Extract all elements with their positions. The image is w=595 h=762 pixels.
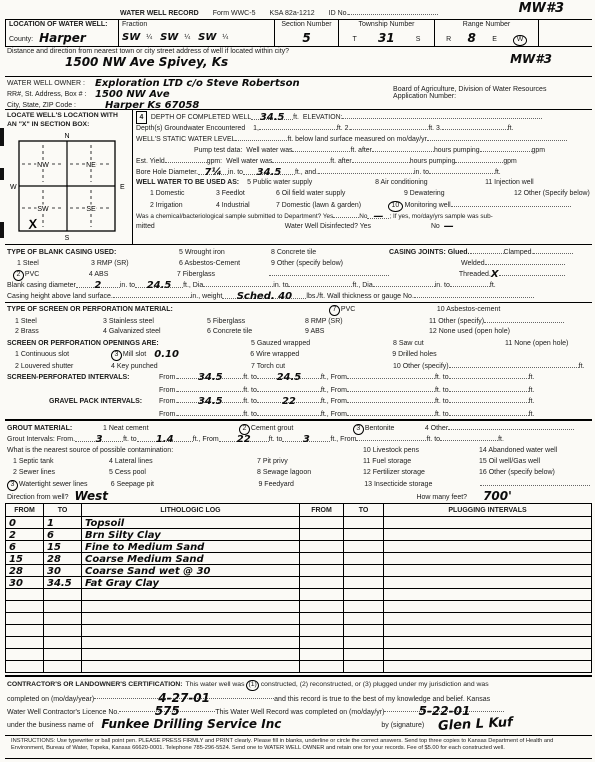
litho-col-log: LITHOLOGIC LOG bbox=[82, 504, 300, 517]
openings-option-11: 11 None (open hole) bbox=[505, 338, 568, 349]
contam-option-11: 11 Fuel storage bbox=[363, 456, 479, 467]
litho-to: 6 bbox=[47, 530, 54, 541]
township-t: T bbox=[353, 33, 357, 46]
sp-to-slot: 24.5 bbox=[257, 371, 321, 379]
form-number: Form WWC-5 bbox=[213, 10, 256, 17]
county-value: Harper bbox=[39, 32, 86, 44]
litho-desc: Brn Silty Clay bbox=[85, 530, 161, 541]
screen-material-section: TYPE OF SCREEN OR PERFORATION MATERIAL: … bbox=[5, 302, 592, 338]
openings-option-6: 6 Wire wrapped bbox=[250, 349, 392, 360]
litho-to: 28 bbox=[47, 554, 61, 565]
contam-option-9: 9 Feedyard bbox=[258, 479, 364, 490]
dots bbox=[272, 155, 330, 163]
use-option-11: 11 Injection well bbox=[485, 177, 534, 188]
gp-from-value: 34.5 bbox=[198, 396, 223, 407]
township-value: 31 bbox=[378, 32, 395, 44]
dots bbox=[165, 155, 207, 163]
use-option-6: 6 Oil field water supply bbox=[276, 188, 404, 199]
screen-perforated-line2: From. ft. to ft., From ft. to ft. bbox=[7, 384, 590, 395]
dots bbox=[356, 433, 426, 441]
grout-from-2: 22 bbox=[237, 434, 251, 445]
owner-city-label: City, State, ZIP Code : bbox=[7, 102, 95, 109]
contam-option-15: 15 Oil well/Gas well bbox=[479, 456, 540, 467]
direction-line: Direction from well? West How many feet?… bbox=[7, 489, 590, 502]
dots bbox=[113, 290, 191, 298]
dots bbox=[347, 371, 435, 379]
litho-from: 6 bbox=[9, 542, 16, 553]
litho-row: 28 30 Coarse Sand wet @ 30 bbox=[6, 565, 592, 577]
grout-v4-slot: 3 bbox=[282, 434, 330, 442]
quadrant-ne: NE bbox=[86, 162, 96, 169]
contam-option-12: 12 Fertilizer storage bbox=[363, 467, 479, 478]
openings-heading: SCREEN OR PERFORATION OPENINGS ARE: bbox=[7, 338, 251, 349]
application-number-label: Application Number: bbox=[393, 93, 592, 100]
dots bbox=[177, 408, 243, 416]
pump-test-line: Pump test data: Well water was ft. after… bbox=[136, 144, 592, 155]
openings-section: SCREEN OR PERFORATION OPENINGS ARE: 5 Ga… bbox=[5, 338, 592, 371]
litho-from: 30 bbox=[9, 578, 23, 589]
quadrant-se: SE bbox=[86, 206, 96, 213]
mill-slot-size: 0.10 bbox=[154, 350, 250, 360]
fraction-cell: Fraction SW¼ SW¼ SW¼ bbox=[119, 20, 275, 46]
contam-option-6: 6 Seepage pit bbox=[111, 479, 259, 490]
sp-to-value: 24.5 bbox=[277, 372, 302, 383]
litho-row: 30 34.5 Fat Gray Clay bbox=[6, 577, 592, 589]
dots bbox=[455, 155, 503, 163]
litho-desc: Coarse Sand wet @ 30 bbox=[85, 566, 211, 577]
grout-from-1: 3 bbox=[96, 434, 103, 445]
owner-name: Exploration LTD c/o Steve Robertson bbox=[95, 79, 300, 89]
casing-option-5: 5 Wrought iron bbox=[179, 247, 271, 258]
owner-address: 1500 NW Ave bbox=[95, 90, 170, 100]
dots bbox=[347, 408, 435, 416]
feet-label: How many feet? bbox=[416, 491, 467, 504]
dots bbox=[342, 111, 542, 119]
form-title: WATER WELL RECORD bbox=[120, 10, 199, 17]
use-option-1: 1 Domestic bbox=[150, 188, 216, 199]
dots bbox=[449, 395, 529, 403]
casing-joints-label: CASING JOINTS: Glued. bbox=[389, 247, 470, 258]
sample-line: Was a chemical/bacteriological sample su… bbox=[136, 210, 592, 221]
dots bbox=[350, 122, 428, 130]
sp-from-slot: 34.5 bbox=[177, 371, 243, 379]
bore-diameter-value: 7¼ bbox=[204, 167, 221, 178]
casing-option-1: 1 Steel bbox=[17, 258, 91, 269]
contam-option-13: 13 Insecticide storage bbox=[364, 479, 480, 490]
signature: Glen L Kuf bbox=[438, 716, 513, 733]
empty-row bbox=[6, 649, 592, 661]
litho-from: 28 bbox=[9, 566, 23, 577]
screen-option-4: 4 Galvanized steel bbox=[103, 326, 207, 337]
dots bbox=[347, 395, 435, 403]
weight-slot: Sched. 40 bbox=[222, 291, 306, 299]
dots bbox=[177, 384, 243, 392]
use-options-line2: 2 Irrigation 4 Industrial 7 Domestic (la… bbox=[136, 199, 592, 210]
compass-w: W bbox=[10, 184, 17, 191]
distance-value: 1500 NW Ave Spivey, Ks bbox=[65, 55, 228, 69]
constructed-circled: (1) bbox=[246, 680, 258, 691]
form-header: WATER WELL RECORD Form WWC-5 KSA 82a-121… bbox=[5, 2, 592, 19]
use-option-12: 12 Other (Specify below) bbox=[514, 188, 590, 199]
casing-option-6: 6 Asbestos-Cement bbox=[179, 258, 271, 269]
sample-no-mark: — bbox=[373, 211, 383, 222]
casing-diam-slot: 2 bbox=[76, 280, 120, 288]
board-of-agriculture-label: Board of Agriculture, Division of Water … bbox=[393, 86, 592, 93]
casing-option-3: 3 RMP (SR) bbox=[91, 258, 179, 269]
locate-column: LOCATE WELL'S LOCATION WITH AN "X" IN SE… bbox=[5, 110, 133, 244]
dots bbox=[450, 279, 490, 287]
dots bbox=[347, 384, 435, 392]
casing-depth-slot: 24.5 bbox=[135, 280, 183, 288]
dots bbox=[484, 315, 564, 323]
well-id-handwritten: MW#3 bbox=[519, 2, 564, 15]
completed-date-slot: 4-27-01 bbox=[94, 691, 274, 699]
county-label: County: bbox=[9, 33, 33, 46]
distance-label: Distance and direction from nearest town… bbox=[7, 48, 590, 55]
well-x-mark: X bbox=[26, 216, 39, 232]
empty-row bbox=[6, 637, 592, 649]
contamination-section: What is the nearest source of possible c… bbox=[5, 445, 592, 502]
dots bbox=[318, 166, 414, 174]
id-no-label: ID No. bbox=[329, 10, 349, 17]
location-heading: LOCATION OF WATER WELL: bbox=[9, 21, 115, 31]
use-option-5: 5 Public water supply bbox=[247, 177, 375, 188]
litho-desc: Fat Gray Clay bbox=[85, 578, 159, 589]
owner-city: Harper Ks 67058 bbox=[105, 101, 199, 111]
plug-col-from: FROM bbox=[300, 504, 344, 517]
fraction-3: SW bbox=[198, 33, 216, 43]
dots bbox=[235, 133, 287, 141]
range-r: R bbox=[446, 33, 451, 46]
quarter-1: ¼ bbox=[146, 31, 152, 44]
direction-value: West bbox=[74, 490, 204, 502]
casing-option-2-label: PVC bbox=[25, 269, 89, 280]
est-yield-line: Est. Yield gpm: Well water was ft. after… bbox=[136, 155, 592, 166]
use-option-3: 3 Feedlot bbox=[216, 188, 276, 199]
township-label: Township Number bbox=[342, 21, 431, 31]
dots bbox=[259, 122, 337, 130]
litho-desc: Fine to Medium Sand bbox=[85, 542, 204, 553]
dots bbox=[257, 408, 321, 416]
township-s: S bbox=[416, 33, 421, 46]
empty-row bbox=[6, 661, 592, 673]
litho-from: 2 bbox=[9, 530, 16, 541]
dots bbox=[470, 246, 504, 254]
owner-label: WATER WELL OWNER : bbox=[7, 80, 95, 87]
ksa-statute: KSA 82a-1212 bbox=[269, 10, 314, 17]
gp-to-value: 22 bbox=[282, 396, 296, 407]
contam-option-2: 2 Sewer lines bbox=[13, 467, 109, 478]
record-date: 5-22-01 bbox=[419, 704, 471, 718]
completed-date: 4-27-01 bbox=[158, 691, 210, 705]
certification-section: CONTRACTOR'S OR LANDOWNER'S CERTIFICATIO… bbox=[5, 675, 592, 733]
use-option-10-label: Monitoring well bbox=[405, 200, 451, 211]
disinfected-question: Water Well Disinfected? Yes bbox=[285, 221, 371, 232]
gravel-pack-line2: From. ft. to ft., From ft. to ft. bbox=[7, 408, 590, 419]
gravel-pack-label: GRAVEL PACK INTERVALS: bbox=[49, 395, 159, 408]
locate-line1: LOCATE WELL'S LOCATION WITH bbox=[7, 111, 130, 120]
litho-desc: Coarse Medium Sand bbox=[85, 554, 204, 565]
litho-row: 0 1 Topsoil bbox=[6, 517, 592, 529]
range-w-circled: W bbox=[513, 35, 527, 46]
contam-option-16: 16 Other (specify below) bbox=[479, 467, 555, 478]
instructions-fine-print: INSTRUCTIONS: Use typewriter or ball poi… bbox=[5, 735, 592, 759]
certification-heading: CONTRACTOR'S OR LANDOWNER'S CERTIFICATIO… bbox=[7, 678, 183, 691]
empty-row bbox=[6, 613, 592, 625]
dots bbox=[442, 122, 508, 130]
sp-from-value: 34.5 bbox=[198, 372, 223, 383]
grout-option-2-label: Cement grout bbox=[251, 423, 333, 434]
depth-label: DEPTH OF COMPLETED WELL bbox=[151, 112, 251, 123]
lithologic-log-table: FROM TO LITHOLOGIC LOG FROM TO PLUGGING … bbox=[5, 503, 592, 673]
grout-intervals-line: Grout Intervals: From. 3 ft. to 1.4 ft.,… bbox=[7, 433, 590, 444]
groundwater-line: Depth(s) Groundwater Encountered 1, ft. … bbox=[136, 122, 592, 133]
casing-diameter-line: Blank casing diameter 2 in. to 24.5 ft.,… bbox=[7, 279, 590, 290]
gravel-pack-line1: GRAVEL PACK INTERVALS: From.34.5 ft. to2… bbox=[7, 395, 590, 408]
screen-option-10: 10 Asbestos-cement bbox=[437, 304, 500, 315]
quadrant-nw: NW bbox=[37, 162, 49, 169]
dots bbox=[499, 268, 565, 276]
gp-from-slot: 34.5 bbox=[177, 395, 243, 403]
fraction-1: SW bbox=[122, 33, 140, 43]
litho-header-row: FROM TO LITHOLOGIC LOG FROM TO PLUGGING … bbox=[6, 504, 592, 517]
dots bbox=[269, 268, 389, 276]
litho-row: 2 6 Brn Silty Clay bbox=[6, 529, 592, 541]
dots bbox=[348, 7, 438, 15]
dots bbox=[292, 144, 350, 152]
license-number: 575 bbox=[155, 704, 180, 718]
dots bbox=[372, 144, 434, 152]
casing-option-8: 8 Concrete tile bbox=[271, 247, 389, 258]
use-option-9: 9 Dewatering bbox=[404, 188, 514, 199]
dots bbox=[449, 360, 579, 368]
well-id-handwritten-2: MW#3 bbox=[510, 53, 552, 65]
disinfected-no-mark: — bbox=[444, 222, 454, 232]
contam-option-14: 14 Abandoned water well bbox=[479, 445, 557, 456]
gp-to-slot: 22 bbox=[257, 395, 321, 403]
section-box-diagram: N S W E NW NE SW SE X bbox=[7, 129, 127, 241]
screen-heading: TYPE OF SCREEN OR PERFORATION MATERIAL: bbox=[7, 304, 269, 315]
dots bbox=[480, 144, 532, 152]
quarter-2: ¼ bbox=[184, 31, 190, 44]
dots bbox=[333, 210, 359, 218]
township-cell: Township Number T31S bbox=[339, 20, 435, 46]
screen-perforated-line1: SCREEN-PERFORATED INTERVALS: From.34.5 f… bbox=[7, 371, 590, 384]
water-well-record-form: WATER WELL RECORD Form WWC-5 KSA 82a-121… bbox=[0, 0, 595, 762]
well-details-column: 4 DEPTH OF COMPLETED WELL 34.5 ft. ELEVA… bbox=[133, 110, 592, 244]
contam-option-10: 10 Livestock pens bbox=[363, 445, 479, 456]
intervals-section: SCREEN-PERFORATED INTERVALS: From.34.5 f… bbox=[5, 371, 592, 419]
quarter-3: ¼ bbox=[222, 31, 228, 44]
casing-depth-value: 24.5 bbox=[147, 280, 172, 291]
openings-option-3-label: Mill slot bbox=[123, 349, 146, 360]
fraction-label: Fraction bbox=[122, 21, 271, 31]
threaded-x-mark: X bbox=[491, 270, 499, 280]
direction-label: Direction from well? bbox=[7, 491, 68, 504]
grout-heading: GROUT MATERIAL: bbox=[7, 423, 103, 434]
use-heading: WELL WATER TO BE USED AS: bbox=[136, 177, 239, 188]
openings-option-8: 8 Saw cut bbox=[393, 338, 505, 349]
dots bbox=[451, 199, 571, 207]
bore-depth-slot: 34.5 bbox=[243, 167, 295, 175]
use-options-line1: 1 Domestic 3 Feedlot 6 Oil field water s… bbox=[136, 188, 592, 199]
license-slot: 575 bbox=[119, 704, 215, 712]
grout-option-1: 1 Neat cement bbox=[103, 423, 199, 434]
fraction-2: SW bbox=[160, 33, 178, 43]
casing-height-line: Casing height above land surface. in., w… bbox=[7, 290, 590, 301]
scan-artifact bbox=[0, 222, 4, 238]
screen-option-6: 6 Concrete tile bbox=[207, 326, 305, 337]
litho-row: 6 15 Fine to Medium Sand bbox=[6, 541, 592, 553]
openings-option-5: 5 Gauzed wrapped bbox=[251, 338, 393, 349]
openings-option-3-circled: 3 bbox=[111, 350, 122, 361]
openings-option-9: 9 Drilled holes bbox=[392, 349, 436, 360]
use-heading-line: WELL WATER TO BE USED AS: 5 Public water… bbox=[136, 177, 592, 188]
depth-value: 34.5 bbox=[260, 112, 285, 123]
dots bbox=[533, 246, 573, 254]
litho-col-to: TO bbox=[44, 504, 82, 517]
litho-to: 15 bbox=[47, 542, 61, 553]
screen-option-2: 2 Brass bbox=[15, 326, 103, 337]
bore-diam-slot: 7¼ bbox=[198, 167, 228, 175]
empty-row bbox=[6, 625, 592, 637]
contam-option-7: 7 Pit privy bbox=[257, 456, 363, 467]
casing-option-4: 4 ABS bbox=[89, 269, 177, 280]
screen-option-7-circled: 7 bbox=[329, 305, 340, 316]
location-cell: LOCATION OF WATER WELL: County:Harper bbox=[6, 20, 119, 46]
owner-address-label: RR#, St. Address, Box # : bbox=[7, 91, 95, 98]
section-value: 5 bbox=[302, 32, 310, 44]
compass-n: N bbox=[64, 133, 69, 140]
range-cell: Range Number R8EW bbox=[435, 20, 539, 46]
openings-option-1: 1 Continuous slot bbox=[15, 349, 111, 360]
plug-col-to: TO bbox=[344, 504, 384, 517]
range-e: E bbox=[492, 33, 497, 46]
plug-col-intervals: PLUGGING INTERVALS bbox=[384, 504, 592, 517]
contam-option-1: 1 Septic tank bbox=[13, 456, 109, 467]
contam-option-4: 4 Lateral lines bbox=[109, 456, 257, 467]
casing-diameter-value: 2 bbox=[94, 280, 101, 291]
screen-option-12: 12 None used (open hole) bbox=[429, 326, 510, 337]
bore-depth-value: 34.5 bbox=[257, 167, 282, 178]
screen-option-7-label: PVC bbox=[341, 304, 437, 315]
litho-from: 0 bbox=[9, 518, 16, 529]
dots bbox=[449, 384, 529, 392]
litho-desc: Topsoil bbox=[85, 518, 124, 529]
use-option-8: 8 Air conditioning bbox=[375, 177, 485, 188]
middle-section: LOCATE WELL'S LOCATION WITH AN "X" IN SE… bbox=[5, 110, 592, 244]
dots bbox=[257, 384, 321, 392]
use-option-7: 7 Domestic (lawn & garden) bbox=[276, 200, 388, 211]
dots bbox=[448, 422, 574, 430]
grout-v1-slot: 3 bbox=[75, 434, 123, 442]
contam-option-5: 5 Cess pool bbox=[109, 467, 257, 478]
bore-hole-line: Bore Hole Diameter. 7¼ in. to 34.5 ft., … bbox=[136, 166, 592, 177]
litho-to: 1 bbox=[47, 518, 54, 529]
screen-option-9: 9 ABS bbox=[305, 326, 429, 337]
feet-value: 700' bbox=[483, 490, 512, 502]
dots bbox=[440, 433, 498, 441]
use-option-4: 4 Industrial bbox=[216, 200, 276, 211]
disinfected-line: mitted Water Well Disinfected? Yes No — bbox=[136, 221, 592, 232]
dots bbox=[288, 279, 352, 287]
static-level-line: WELL'S STATIC WATER LEVEL ft. below land… bbox=[136, 133, 592, 144]
blank-casing-section: TYPE OF BLANK CASING USED: 5 Wrought iro… bbox=[5, 244, 592, 302]
grout-to-1: 1.4 bbox=[156, 434, 174, 445]
litho-to: 30 bbox=[47, 566, 61, 577]
casing-heading: TYPE OF BLANK CASING USED: bbox=[7, 247, 179, 258]
empty-row bbox=[6, 601, 592, 613]
dots bbox=[429, 166, 495, 174]
grout-to-2: 3 bbox=[303, 434, 310, 445]
dots bbox=[449, 408, 529, 416]
use-option-2: 2 Irrigation bbox=[150, 200, 216, 211]
dots bbox=[414, 290, 534, 298]
compass-s: S bbox=[65, 235, 70, 241]
scan-artifact bbox=[0, 128, 4, 146]
no-slot: — bbox=[367, 211, 389, 219]
contam-option-8: 8 Sewage lagoon bbox=[257, 467, 363, 478]
dots bbox=[203, 279, 273, 287]
locate-line2: AN "X" IN SECTION BOX: bbox=[7, 120, 130, 129]
record-date-slot: 5-22-01 bbox=[384, 704, 504, 712]
range-value: 8 bbox=[468, 32, 476, 44]
grout-section: GROUT MATERIAL: 1 Neat cement 2Cement gr… bbox=[5, 419, 592, 445]
contam-option-3-circled: 3 bbox=[7, 480, 18, 491]
dots bbox=[485, 257, 565, 265]
quadrant-sw: SW bbox=[37, 206, 49, 213]
grout-v3-slot: 22 bbox=[219, 434, 269, 442]
contamination-heading: What is the nearest source of possible c… bbox=[7, 445, 363, 456]
section-cell: Section Number 5 bbox=[275, 20, 339, 46]
compass-e: E bbox=[120, 184, 125, 191]
empty-row bbox=[6, 589, 592, 601]
depth-line: 4 DEPTH OF COMPLETED WELL 34.5 ft. ELEVA… bbox=[136, 111, 592, 122]
range-label: Range Number bbox=[438, 21, 535, 31]
screen-perforated-label: SCREEN-PERFORATED INTERVALS: bbox=[7, 371, 159, 384]
section-label: Section Number bbox=[278, 21, 335, 31]
litho-col-from: FROM bbox=[6, 504, 44, 517]
grout-v2-slot: 1.4 bbox=[137, 434, 193, 442]
litho-from: 15 bbox=[9, 554, 23, 565]
dots bbox=[352, 155, 410, 163]
distance-section: Distance and direction from nearest town… bbox=[5, 47, 592, 77]
owner-section: WATER WELL OWNER :Exploration LTD c/o St… bbox=[5, 77, 592, 110]
litho-row: 15 28 Coarse Medium Sand bbox=[6, 553, 592, 565]
business-name: Funkee Drilling Service Inc bbox=[101, 718, 321, 730]
dots bbox=[373, 279, 435, 287]
location-row: LOCATION OF WATER WELL: County:Harper Fr… bbox=[5, 19, 592, 47]
casing-weight-value: Sched. 40 bbox=[237, 291, 292, 302]
scan-artifact bbox=[0, 168, 4, 180]
depth-slot: 34.5 bbox=[251, 112, 293, 120]
dots bbox=[427, 133, 567, 141]
dots bbox=[449, 371, 529, 379]
dots bbox=[480, 478, 590, 486]
litho-to: 34.5 bbox=[47, 578, 72, 589]
